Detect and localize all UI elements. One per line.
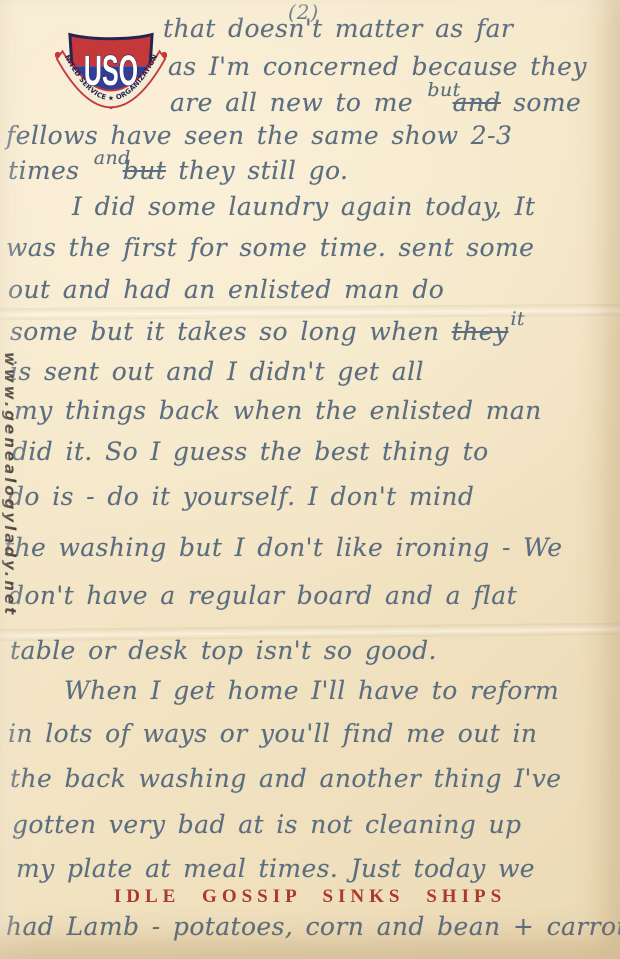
handwritten-text: some [501, 88, 581, 117]
uso-acronym: USO [84, 47, 138, 95]
letter-line: are all new to me butand some [170, 88, 581, 117]
handwritten-text: did it. So I guess the best thing to [12, 437, 489, 466]
stationery-motto: IDLE GOSSIP SINKS SHIPS [0, 886, 620, 908]
handwritten-text: was the first for some time. sent some [6, 233, 534, 262]
letter-line: do is - do it yourself. I don't mind [8, 482, 474, 511]
handwritten-text: When I get home I'll have to reform [64, 676, 559, 705]
handwritten-text: my things back when the enlisted man [14, 396, 542, 425]
letter-line: was the first for some time. sent some [6, 233, 534, 262]
letter-line: that doesn't matter as far [163, 14, 513, 43]
letter-line: fellows have seen the same show 2-3 [6, 121, 512, 150]
letter-line: times andbut they still go. [8, 156, 348, 185]
struck-word: they [452, 317, 509, 346]
letter-line: When I get home I'll have to reform [64, 676, 559, 705]
letter-line: out and had an enlisted man do [8, 275, 444, 304]
inserted-word: but [427, 79, 460, 101]
letter-line: had Lamb - potatoes, corn and bean + car… [6, 912, 620, 941]
letter-line: some but it takes so long when theyit [10, 317, 517, 346]
letter-line: my things back when the enlisted man [14, 396, 542, 425]
handwritten-text: table or desk top isn't so good. [10, 636, 437, 665]
inserted-word: it [510, 308, 525, 330]
uso-crest-logo: UNITED SERVICE ★ ORGANIZATIONS USO [55, 27, 167, 113]
handwritten-text: out and had an enlisted man do [8, 275, 444, 304]
handwritten-text: had Lamb - potatoes, corn and bean + car… [6, 912, 620, 941]
letter-line: I did some laundry again today, It [72, 192, 535, 221]
letter-line: the back washing and another thing I've [10, 764, 562, 793]
letter-line: my plate at meal times. Just today we [16, 854, 535, 883]
letter-page: UNITED SERVICE ★ ORGANIZATIONS USO (2) w… [0, 0, 620, 959]
handwritten-text: the washing but I don't like ironing - W… [4, 533, 562, 562]
handwritten-text: do is - do it yourself. I don't mind [8, 482, 474, 511]
handwritten-text: some but it takes so long when [10, 317, 452, 346]
inserted-word: and [94, 147, 131, 169]
handwritten-text: as I'm concerned because they [168, 52, 587, 81]
letter-line: don't have a regular board and a flat [8, 581, 517, 610]
handwritten-text: is sent out and I didn't get all [10, 357, 424, 386]
handwritten-text: in lots of ways or you'll find me out in [8, 719, 537, 748]
watermark-text: www.genealogylady.net [1, 352, 19, 617]
letter-line: gotten very bad at is not cleaning up [12, 810, 521, 839]
handwritten-text: fellows have seen the same show 2-3 [6, 121, 512, 150]
letter-line: the washing but I don't like ironing - W… [4, 533, 562, 562]
letter-body: that doesn't matter as faras I'm concern… [0, 0, 620, 959]
letter-line: did it. So I guess the best thing to [12, 437, 489, 466]
handwritten-text: they still go. [166, 156, 348, 185]
handwritten-text: I did some laundry again today, It [72, 192, 535, 221]
handwritten-text: are all new to me [170, 88, 425, 117]
handwritten-text: don't have a regular board and a flat [8, 581, 517, 610]
letter-line: table or desk top isn't so good. [10, 636, 437, 665]
letter-line: in lots of ways or you'll find me out in [8, 719, 537, 748]
handwritten-text: that doesn't matter as far [163, 14, 513, 43]
handwritten-text: times [8, 156, 92, 185]
handwritten-text: gotten very bad at is not cleaning up [12, 810, 521, 839]
handwritten-text: my plate at meal times. Just today we [16, 854, 535, 883]
letter-line: is sent out and I didn't get all [10, 357, 424, 386]
letter-line: as I'm concerned because they [168, 52, 587, 81]
handwritten-text: the back washing and another thing I've [10, 764, 562, 793]
